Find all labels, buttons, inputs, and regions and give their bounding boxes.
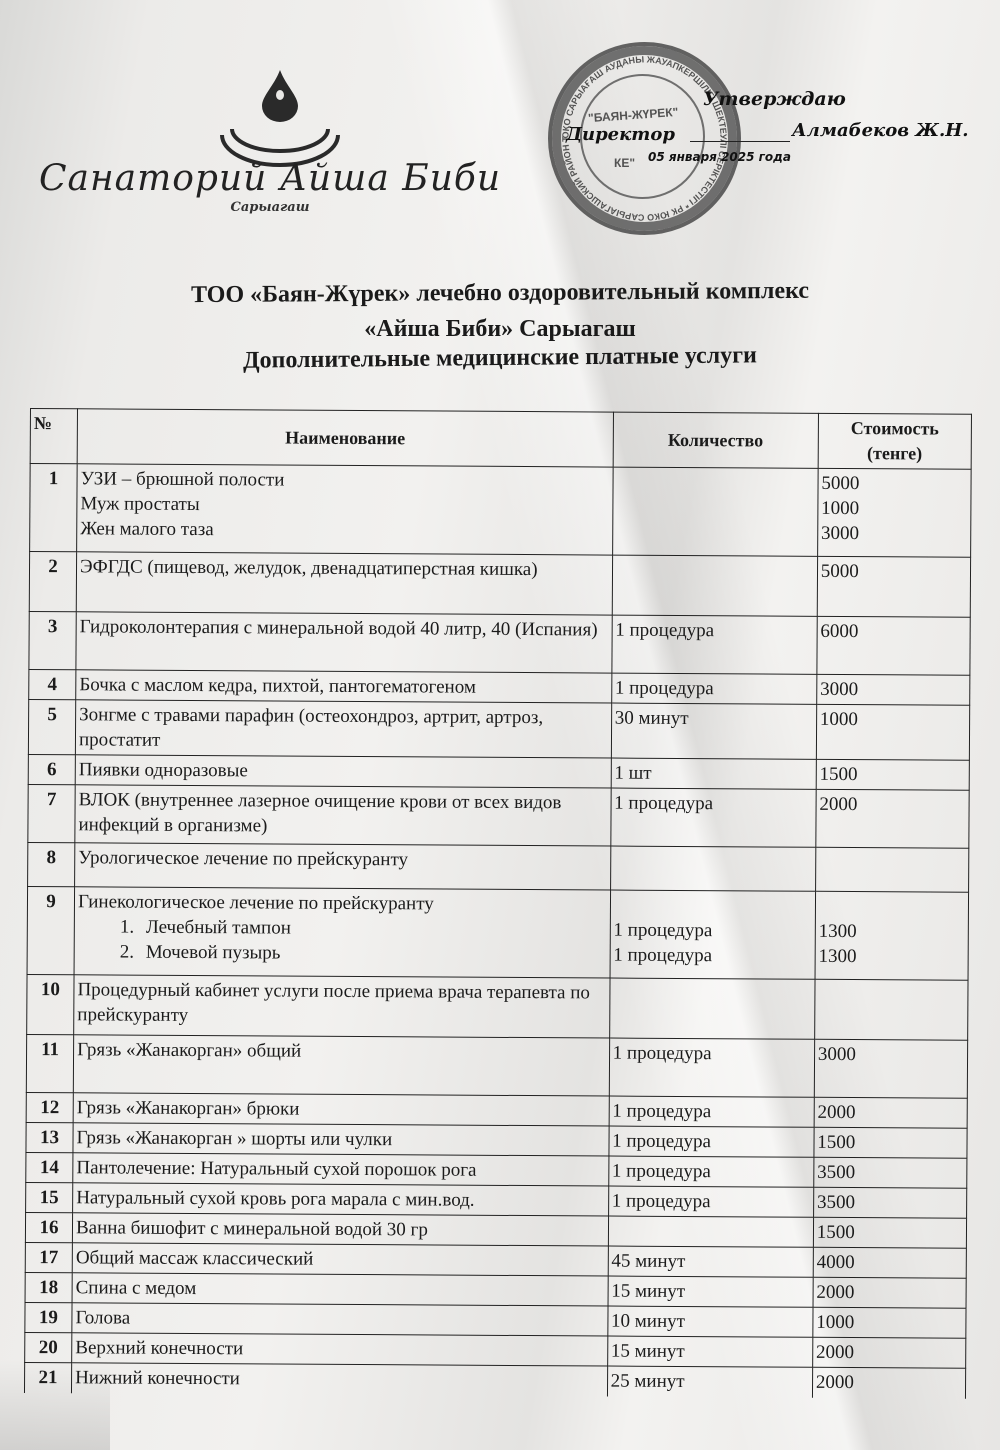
service-price xyxy=(814,979,968,1040)
service-name-text: Ванна бишофит с минеральной водой 30 гр xyxy=(76,1215,605,1243)
price-text: 1000 xyxy=(816,1310,962,1336)
service-name: Грязь «Жанакорган» брюки xyxy=(73,1093,609,1126)
service-name: Ванна бишофит с минеральной водой 30 гр xyxy=(72,1213,608,1246)
quantity-text xyxy=(616,558,814,559)
price-text: 1300 xyxy=(818,944,964,970)
service-name-text: Грязь «Жанакорган» общий xyxy=(77,1037,606,1065)
service-name: Зонгме с травами парафин (остеохондроз, … xyxy=(75,700,611,758)
quantity-text: 1 процедура xyxy=(615,676,813,702)
row-number: 12 xyxy=(26,1092,73,1122)
row-number-text: 8 xyxy=(31,845,71,870)
row-number: 18 xyxy=(25,1272,72,1302)
quantity-text: 25 минут xyxy=(611,1369,809,1395)
service-price: 13001300 xyxy=(815,891,969,980)
table-row: 5Зонгме с травами парафин (остеохондроз,… xyxy=(28,699,969,760)
service-name: Голова xyxy=(72,1303,608,1336)
column-header-price: Стоимость (тенге) xyxy=(818,413,972,469)
row-number-text: 3 xyxy=(33,614,73,639)
service-price: 3500 xyxy=(814,1157,967,1188)
price-text xyxy=(818,982,964,983)
price-text: 1500 xyxy=(817,1130,963,1156)
service-price: 1500 xyxy=(813,1217,966,1248)
service-price: 1500 xyxy=(814,1127,967,1158)
quantity-text: 1 процедура xyxy=(613,1041,811,1067)
row-number: 1 xyxy=(30,464,78,552)
service-name-text: Верхний конечности xyxy=(75,1335,604,1363)
row-number: 17 xyxy=(25,1242,72,1272)
price-text xyxy=(819,850,965,851)
row-number-text: 11 xyxy=(30,1037,70,1062)
table-row: 9Гинекологическое лечение по прейскурант… xyxy=(27,886,969,980)
service-price: 2000 xyxy=(813,1277,966,1308)
quantity-text xyxy=(614,849,812,850)
service-name-text: Грязь «Жанакорган» брюки xyxy=(77,1095,606,1123)
sanatorium-logo: Санаторий Айша Биби Сарыагаш xyxy=(20,60,510,220)
director-name: Алмабеков Ж.Н. xyxy=(792,120,969,141)
price-text: 1500 xyxy=(817,1220,963,1246)
service-name: Пантолечение: Натуральный сухой порошок … xyxy=(73,1153,609,1186)
row-number-text: 7 xyxy=(32,787,72,812)
service-quantity: 1 процедура xyxy=(609,1126,814,1157)
row-number-text: 2 xyxy=(33,554,73,579)
service-quantity xyxy=(608,1216,813,1247)
service-price: 1500 xyxy=(816,759,969,790)
service-name-text: Урологическое лечение по прейскуранту xyxy=(78,845,607,873)
price-text: 1000 xyxy=(821,496,967,522)
service-price: 1000 xyxy=(813,1307,966,1338)
quantity-text xyxy=(616,470,814,471)
price-text: 1300 xyxy=(819,919,965,945)
service-name-text: Бочка с маслом кедра, пихтой, пантогемат… xyxy=(79,672,608,700)
quantity-text: 1 процедура xyxy=(612,1099,810,1125)
table-header-row: № Наименование Количество Стоимость (тен… xyxy=(30,409,971,470)
service-quantity: 15 минут xyxy=(607,1336,812,1367)
service-price: 2000 xyxy=(814,1097,967,1128)
quantity-text xyxy=(613,981,811,982)
service-subitem-name: Жен малого таза xyxy=(80,516,609,544)
price-text: 4000 xyxy=(817,1250,963,1276)
table-row: 10Процедурный кабинет услуги после прием… xyxy=(27,974,968,1040)
row-number-text: 21 xyxy=(28,1365,68,1390)
price-text: 5000 xyxy=(821,471,967,497)
service-quantity: 25 минут xyxy=(607,1366,812,1397)
stamp-bottom-text: КЕ" xyxy=(614,156,635,170)
price-text xyxy=(819,894,965,920)
table-row: 21Нижний конечности25 минут2000 xyxy=(24,1362,965,1398)
service-price xyxy=(815,847,968,892)
service-name: Гидроколонтерапия с минеральной водой 40… xyxy=(76,612,612,673)
quantity-text xyxy=(612,1219,810,1220)
row-number-text: 5 xyxy=(32,702,72,727)
service-quantity: 15 минут xyxy=(608,1276,813,1307)
service-name: УЗИ – брюшной полостиМуж простатыЖен мал… xyxy=(77,464,613,555)
row-number: 15 xyxy=(26,1182,73,1212)
service-name: Грязь «Жанакорган» общий xyxy=(73,1035,609,1096)
quantity-text: 1 процедура xyxy=(615,618,813,644)
service-quantity: 1 процедура xyxy=(608,1156,813,1187)
document-title-line1: ТОО «Баян-Жүрек» лечебно оздоровительный… xyxy=(60,277,940,310)
column-header-name: Наименование xyxy=(77,409,613,467)
service-quantity xyxy=(609,978,815,1039)
table-row: 11Грязь «Жанакорган» общий1 процедура300… xyxy=(26,1034,967,1098)
service-quantity: 30 минут xyxy=(611,703,817,759)
price-text: 3500 xyxy=(817,1160,963,1186)
row-number: 14 xyxy=(26,1152,73,1182)
row-number-text: 19 xyxy=(28,1305,68,1330)
quantity-text: 15 минут xyxy=(611,1339,809,1365)
signature-line xyxy=(690,141,790,142)
quantity-text xyxy=(616,470,814,471)
row-number: 9 xyxy=(27,886,75,974)
service-name-text: Общий массаж классический xyxy=(76,1245,605,1273)
row-number-text: 20 xyxy=(28,1335,68,1360)
document-title-line3: Дополнительные медицинские платные услуг… xyxy=(60,340,940,376)
service-price: 5000 xyxy=(817,556,971,617)
quantity-text: 10 минут xyxy=(611,1309,809,1335)
service-quantity: 1 процедура xyxy=(608,1186,813,1217)
service-name: Бочка с маслом кедра, пихтой, пантогемат… xyxy=(76,670,612,703)
price-text: 1000 xyxy=(820,707,966,733)
row-number: 6 xyxy=(28,754,75,784)
quantity-text: 30 минут xyxy=(615,706,813,732)
row-number: 16 xyxy=(25,1212,72,1242)
director-label: Директор xyxy=(566,124,675,145)
service-subitem: 2.Мочевой пузырь xyxy=(78,939,607,967)
row-number-text: 17 xyxy=(29,1245,69,1270)
table-row: 1УЗИ – брюшной полостиМуж простатыЖен ма… xyxy=(30,464,972,558)
service-name-text: Пиявки одноразовые xyxy=(79,757,608,785)
service-quantity: 1 процедура xyxy=(609,1038,815,1097)
row-number: 4 xyxy=(29,669,76,699)
service-quantity: 1 процедура1 процедура xyxy=(610,890,816,979)
service-subitem-name: Муж простаты xyxy=(80,491,609,519)
service-name-text: ВЛОК (внутреннее лазерное очищение крови… xyxy=(78,787,607,840)
price-text: 1500 xyxy=(820,762,966,788)
row-number-text: 14 xyxy=(29,1155,69,1180)
service-name-text: Грязь «Жанакорган » шорты или чулки xyxy=(77,1125,606,1153)
column-header-quantity: Количество xyxy=(613,412,819,468)
service-quantity: 1 процедура xyxy=(609,1096,814,1127)
row-number-text: 12 xyxy=(30,1095,70,1120)
price-text: 3500 xyxy=(817,1190,963,1216)
service-price: 3000 xyxy=(814,1039,968,1098)
price-text: 5000 xyxy=(821,559,967,585)
service-name: Нижний конечности xyxy=(72,1363,608,1396)
service-name-text: Голова xyxy=(75,1305,604,1333)
service-name: Гинекологическое лечение по прейскуранту… xyxy=(74,887,610,978)
service-price: 6000 xyxy=(817,616,971,675)
service-name: Пиявки одноразовые xyxy=(75,755,611,788)
row-number: 5 xyxy=(28,699,75,754)
service-quantity: 1 процедура xyxy=(611,673,816,704)
quantity-text: 1 процедура xyxy=(612,1189,810,1215)
price-text: 2000 xyxy=(816,1280,962,1306)
row-number-text: 6 xyxy=(32,757,72,782)
service-name-text: Спина с медом xyxy=(76,1275,605,1303)
service-name-text: Пантолечение: Натуральный сухой порошок … xyxy=(76,1155,605,1183)
quantity-text: 45 минут xyxy=(611,1249,809,1275)
row-number-text: 1 xyxy=(33,466,73,491)
row-number: 19 xyxy=(25,1302,72,1332)
service-quantity: 10 минут xyxy=(607,1306,812,1337)
quantity-text: 1 процедура xyxy=(614,791,812,817)
service-name-text: Гинекологическое лечение по прейскуранту xyxy=(78,889,607,917)
service-price: 2000 xyxy=(812,1337,965,1368)
price-list-table: № Наименование Количество Стоимость (тен… xyxy=(24,408,972,1398)
row-number: 2 xyxy=(29,552,76,612)
service-subitem: 1.Лечебный тампон xyxy=(78,914,607,942)
row-number: 3 xyxy=(29,611,76,669)
row-number: 8 xyxy=(28,842,75,886)
service-price: 500010003000 xyxy=(817,468,971,557)
price-text: 2000 xyxy=(817,1100,963,1126)
service-name: ВЛОК (внутреннее лазерное очищение крови… xyxy=(75,785,611,846)
table-row: 2ЭФГДС (пищевод, желудок, двенадцатиперс… xyxy=(29,552,970,618)
price-text: 3000 xyxy=(820,677,966,703)
service-price: 3000 xyxy=(817,674,970,705)
service-name: Общий массаж классический xyxy=(72,1243,608,1276)
service-name: Натуральный сухой кровь рога марала с ми… xyxy=(73,1183,609,1216)
service-quantity xyxy=(612,555,818,616)
service-name-text: Процедурный кабинет услуги после приема … xyxy=(77,977,606,1030)
price-text: 6000 xyxy=(820,619,966,645)
quantity-text: 1 процедура xyxy=(612,1129,810,1155)
subitem-number: 1. xyxy=(120,915,146,940)
row-number: 20 xyxy=(25,1332,72,1362)
service-name: Процедурный кабинет услуги после приема … xyxy=(74,975,610,1038)
service-price: 4000 xyxy=(813,1247,966,1278)
row-number-text: 18 xyxy=(29,1275,69,1300)
table-row: 8Урологическое лечение по прейскуранту xyxy=(28,842,969,892)
service-price: 3500 xyxy=(813,1187,966,1218)
row-number-text: 4 xyxy=(32,672,72,697)
subitem-name: Лечебный тампон xyxy=(146,917,291,939)
price-text: 3000 xyxy=(818,1042,964,1068)
row-number: 21 xyxy=(24,1362,71,1392)
service-name-text: Гидроколонтерапия с минеральной водой 40… xyxy=(80,614,609,642)
logo-subtitle: Сарыагаш xyxy=(30,200,510,215)
row-number: 10 xyxy=(27,974,74,1034)
service-name-text: Нижний конечности xyxy=(75,1365,604,1393)
table-body: 1УЗИ – брюшной полостиМуж простатыЖен ма… xyxy=(24,464,971,1399)
service-name-text: Натуральный сухой кровь рога марала с ми… xyxy=(76,1185,605,1213)
service-price: 1000 xyxy=(816,704,970,760)
logo-title: Санаторий Айша Биби xyxy=(30,158,510,199)
subitem-number: 2. xyxy=(120,940,146,965)
table-row: 7ВЛОК (внутреннее лазерное очищение кров… xyxy=(28,784,969,848)
service-quantity: 1 шт xyxy=(611,758,816,789)
subitem-name: Мочевой пузырь xyxy=(146,942,281,964)
service-quantity: 1 процедура xyxy=(612,615,818,674)
quantity-text: 1 процедура xyxy=(612,1159,810,1185)
quantity-text: 1 процедура xyxy=(613,918,811,944)
service-quantity xyxy=(610,846,815,891)
quantity-text xyxy=(616,470,814,471)
price-text: 2000 xyxy=(816,1370,962,1396)
service-quantity xyxy=(612,467,818,556)
service-name: Грязь «Жанакорган » шорты или чулки xyxy=(73,1123,609,1156)
table-row: 3Гидроколонтерапия с минеральной водой 4… xyxy=(29,611,970,675)
row-number: 13 xyxy=(26,1122,73,1152)
service-quantity: 45 минут xyxy=(608,1246,813,1277)
row-number: 7 xyxy=(28,784,75,842)
service-quantity: 1 процедура xyxy=(610,788,816,847)
column-header-number: № xyxy=(30,409,77,464)
service-name-text: Зонгме с травами парафин (остеохондроз, … xyxy=(79,702,608,755)
service-name: Верхний конечности xyxy=(72,1333,608,1366)
quantity-text xyxy=(614,893,812,919)
row-number-text: 10 xyxy=(30,977,70,1002)
service-price: 2000 xyxy=(812,1367,965,1398)
service-name: ЭФГДС (пищевод, желудок, двенадцатиперст… xyxy=(76,552,612,615)
row-number-text: 13 xyxy=(29,1125,69,1150)
price-text: 3000 xyxy=(821,521,967,547)
row-number-text: 15 xyxy=(29,1185,69,1210)
document-title-line2: «Айша Биби» Сарыагаш xyxy=(60,316,940,343)
service-price: 2000 xyxy=(816,789,970,848)
service-name-text: ЭФГДС (пищевод, желудок, двенадцатиперст… xyxy=(80,554,609,582)
quantity-text: 1 шт xyxy=(614,761,812,787)
quantity-text: 15 минут xyxy=(611,1279,809,1305)
row-number: 11 xyxy=(26,1034,73,1092)
approval-date: 05 января 2025 года xyxy=(648,150,791,164)
approval-label: Утверждаю xyxy=(703,88,846,110)
price-text: 2000 xyxy=(816,1340,962,1366)
price-text: 2000 xyxy=(819,792,965,818)
service-name: Урологическое лечение по прейскуранту xyxy=(75,843,611,890)
row-number-text: 9 xyxy=(31,889,71,914)
quantity-text: 1 процедура xyxy=(613,943,811,969)
service-name-text: УЗИ – брюшной полости xyxy=(81,466,610,494)
row-number-text: 16 xyxy=(29,1215,69,1240)
service-name: Спина с медом xyxy=(72,1273,608,1306)
